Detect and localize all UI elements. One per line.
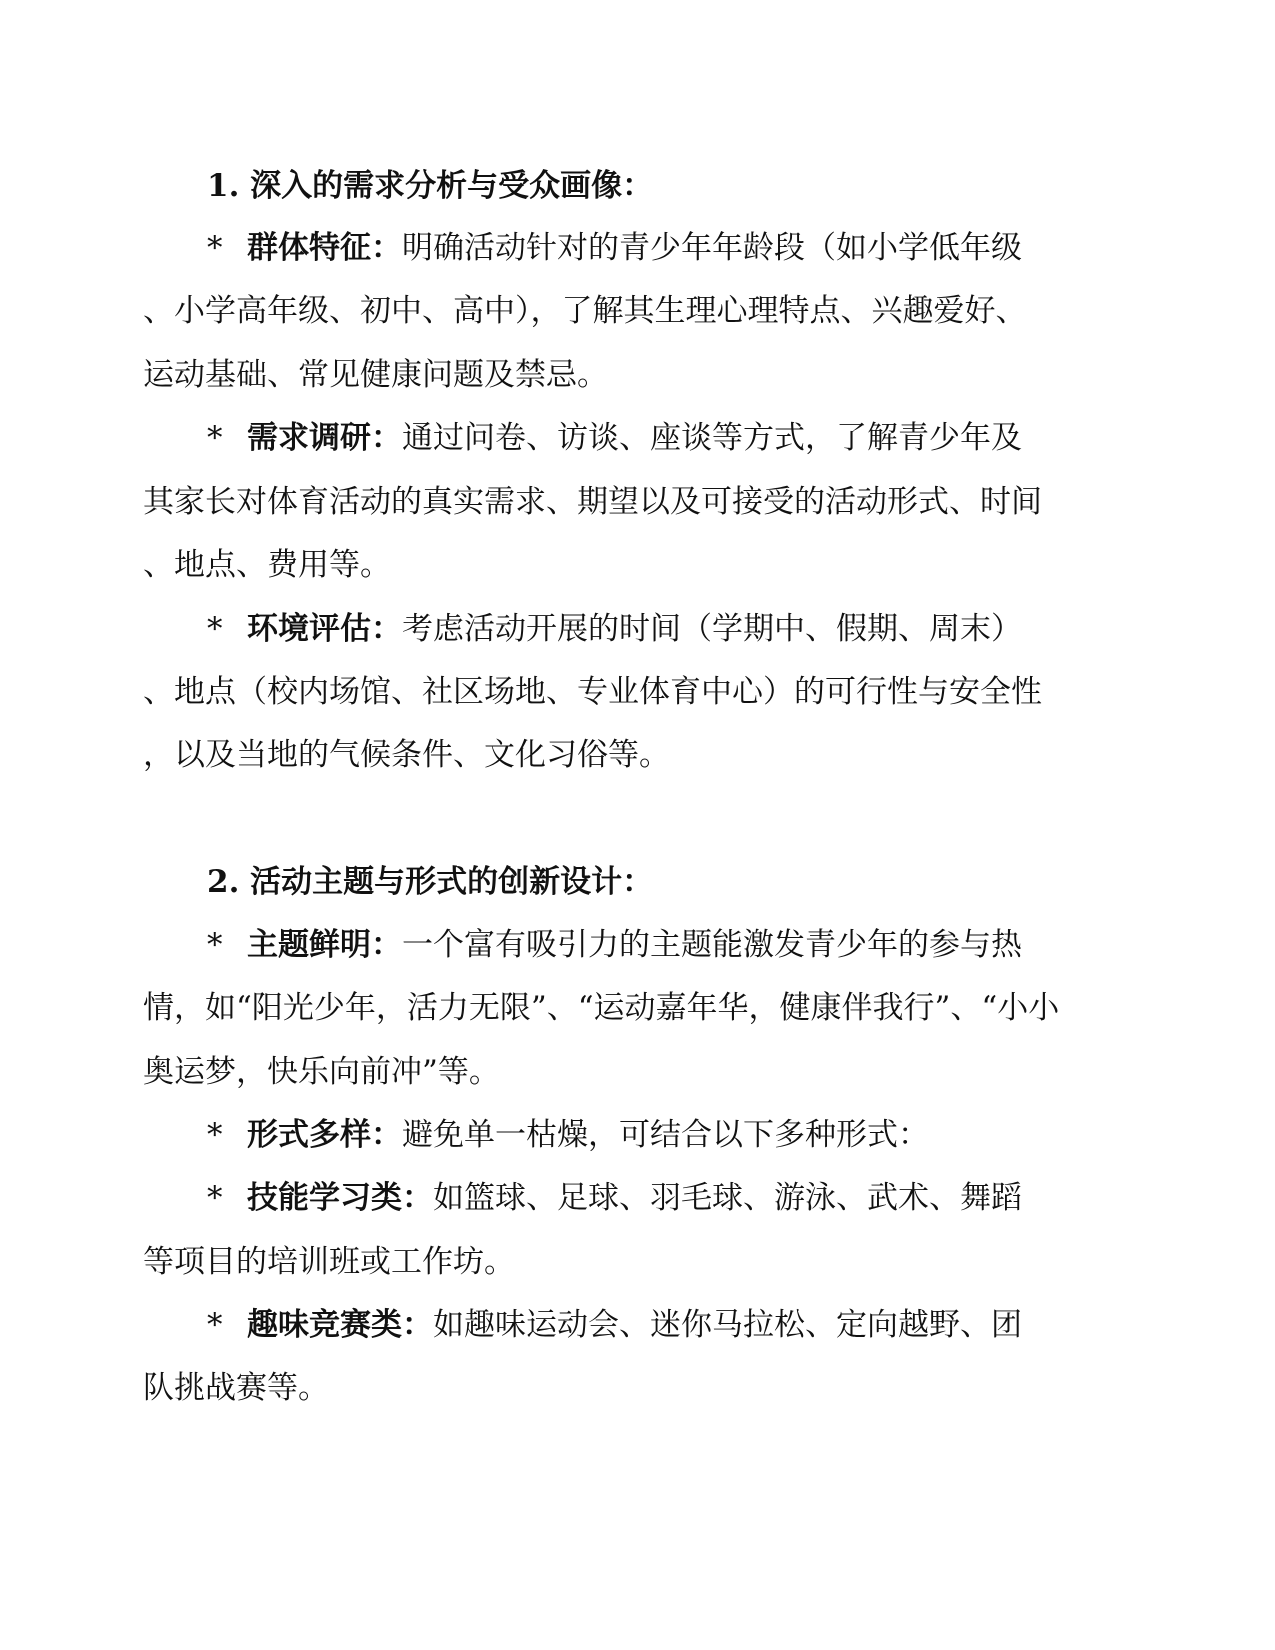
item-text: 如篮球、足球、羽毛球、游泳、武术、舞蹈 [433, 1180, 1022, 1216]
bullet-item-first-line: *主题鲜明：一个富有吸引力的主题能激发青少年的参与热 [207, 925, 1022, 965]
item-text: 考虑活动开展的时间（学期中、假期、周末） [402, 611, 1022, 647]
item-continuation: 运动基础、常见健康问题及禁忌。 [143, 355, 608, 395]
item-continuation: 情，如“阳光少年，活力无限”、“运动嘉年华，健康伴我行”、“小小 [143, 988, 1059, 1028]
item-continuation: 等项目的培训班或工作坊。 [143, 1242, 515, 1282]
item-label: 环境评估： [247, 611, 402, 647]
item-continuation: 其家长对体育活动的真实需求、期望以及可接受的活动形式、时间 [143, 482, 1042, 522]
bullet-icon: * [207, 925, 247, 965]
item-text: 通过问卷、访谈、座谈等方式，了解青少年及 [402, 420, 1022, 456]
bullet-item-first-line: *形式多样：避免单一枯燥，可结合以下多种形式： [207, 1115, 929, 1155]
item-label: 技能学习类： [247, 1180, 433, 1216]
item-label: 形式多样： [247, 1117, 402, 1153]
item-continuation: 、地点、费用等。 [143, 545, 391, 585]
item-continuation: 奥运梦，快乐向前冲”等。 [143, 1052, 500, 1092]
item-text: 避免单一枯燥，可结合以下多种形式： [402, 1117, 929, 1153]
bullet-icon: * [207, 609, 247, 649]
item-continuation: 、地点（校内场馆、社区场地、专业体育中心）的可行性与安全性 [143, 672, 1042, 712]
item-continuation: ，以及当地的气候条件、文化习俗等。 [143, 735, 670, 775]
bullet-item-first-line: *环境评估：考虑活动开展的时间（学期中、假期、周末） [207, 609, 1022, 649]
section-heading: 1. 深入的需求分析与受众画像： [207, 166, 653, 206]
item-continuation: 、小学高年级、初中、高中），了解其生理心理特点、兴趣爱好、 [143, 291, 1027, 331]
bullet-icon: * [207, 228, 247, 268]
item-label: 群体特征： [247, 230, 402, 266]
bullet-icon: * [207, 418, 247, 458]
item-label: 主题鲜明： [247, 927, 402, 963]
item-text: 一个富有吸引力的主题能激发青少年的参与热 [402, 927, 1022, 963]
bullet-item-first-line: *需求调研：通过问卷、访谈、座谈等方式，了解青少年及 [207, 418, 1022, 458]
item-text: 明确活动针对的青少年年龄段（如小学低年级 [402, 230, 1022, 266]
item-continuation: 队挑战赛等。 [143, 1368, 329, 1408]
bullet-item-first-line: *趣味竞赛类：如趣味运动会、迷你马拉松、定向越野、团 [207, 1305, 1022, 1345]
document-page: 1. 深入的需求分析与受众画像： *群体特征：明确活动针对的青少年年龄段（如小学… [0, 0, 1275, 1650]
section-heading: 2. 活动主题与形式的创新设计： [207, 862, 653, 902]
bullet-icon: * [207, 1178, 247, 1218]
bullet-item-first-line: *技能学习类：如篮球、足球、羽毛球、游泳、武术、舞蹈 [207, 1178, 1022, 1218]
item-label: 趣味竞赛类： [247, 1307, 433, 1343]
bullet-icon: * [207, 1305, 247, 1345]
bullet-icon: * [207, 1115, 247, 1155]
item-text: 如趣味运动会、迷你马拉松、定向越野、团 [433, 1307, 1022, 1343]
bullet-item-first-line: *群体特征：明确活动针对的青少年年龄段（如小学低年级 [207, 228, 1022, 268]
item-label: 需求调研： [247, 420, 402, 456]
